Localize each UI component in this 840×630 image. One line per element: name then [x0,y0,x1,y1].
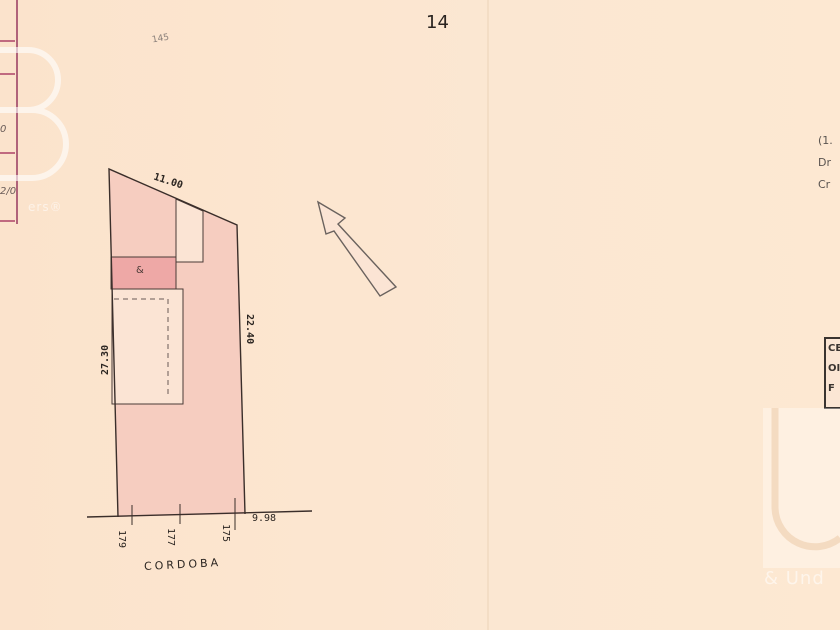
watermark-right-text: & Und [764,568,825,589]
u-letter-icon [763,408,840,568]
left-dimension: 27.30 [100,345,111,375]
right-stamp-box: CE OI F [824,337,840,409]
stamp-line: F [826,379,840,399]
note-line: Dr [818,152,833,174]
stamp-line: OI [826,359,840,379]
north-arrow-icon [318,202,396,296]
frontage-number: 179 [116,530,127,548]
scanned-plan-sheet: 14 145 0 2/0 ers® & 11.00 [0,0,840,630]
frontage-number: 177 [165,528,176,546]
frontage-number: 175 [220,524,231,542]
right-margin-notes: (1. Dr Cr [818,130,833,196]
unit-label: & [136,265,144,276]
watermark-u-logo [763,408,840,568]
frontage-offset: 9.98 [252,513,276,524]
note-line: (1. [818,130,833,152]
stamp-line: CE [826,339,840,359]
note-line: Cr [818,174,833,196]
right-dimension: 22.40 [244,314,255,344]
